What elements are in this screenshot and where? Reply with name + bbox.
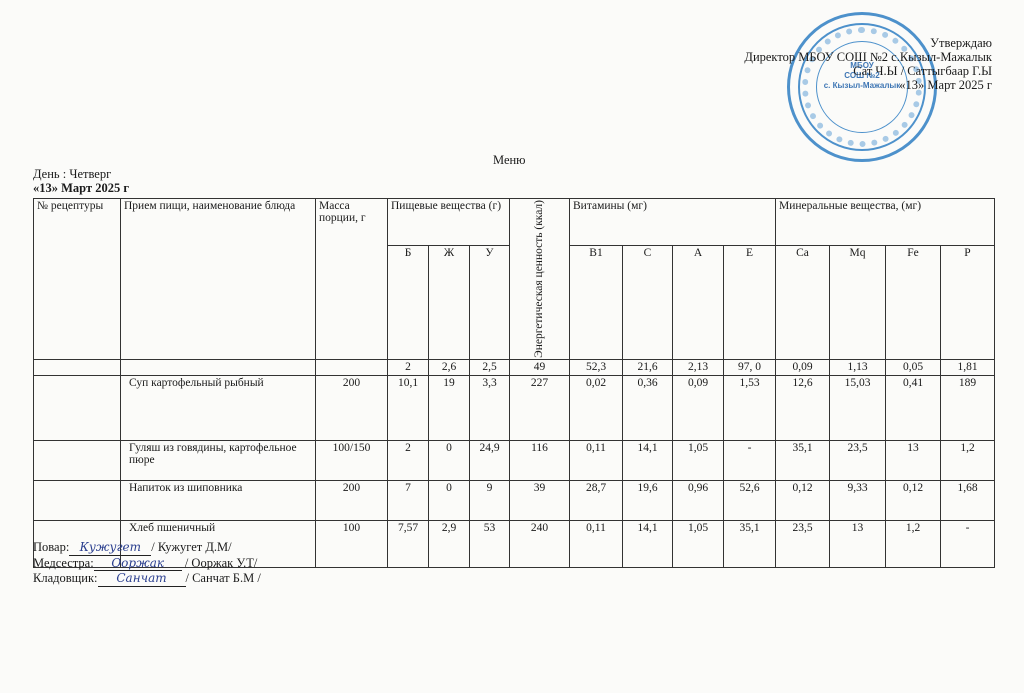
cell-b: 2 — [388, 440, 429, 480]
table-row: Гуляш из говядины, картофельное пюре100/… — [34, 440, 995, 480]
header-a: A — [673, 245, 724, 359]
approval-title: Утверждаю — [744, 36, 992, 50]
cell-mg: 15,03 — [830, 375, 886, 440]
cell-mg: 1,13 — [830, 359, 886, 375]
cell-c: 14,1 — [623, 520, 673, 567]
cell-dish: Напиток из шиповника — [121, 480, 316, 520]
cell-fe: 0,05 — [886, 359, 941, 375]
header-mg: Mq — [830, 245, 886, 359]
handwritten-signature: Ооржак — [94, 556, 182, 572]
cell-mass: 100 — [316, 520, 388, 567]
cell-b1: 0,11 — [570, 440, 623, 480]
cell-mg: 9,33 — [830, 480, 886, 520]
cell-e: 35,1 — [724, 520, 776, 567]
cell-kcal: 240 — [510, 520, 570, 567]
cell-e: - — [724, 440, 776, 480]
header-minerals: Минеральные вещества, (мг) — [776, 199, 995, 246]
cell-kcal: 116 — [510, 440, 570, 480]
date-label: «13» Март 2025 г — [33, 181, 129, 196]
cell-mass: 200 — [316, 375, 388, 440]
cell-mass: 200 — [316, 480, 388, 520]
header-e: E — [724, 245, 776, 359]
table-row: Суп картофельный рыбный20010,1193,32270,… — [34, 375, 995, 440]
cell-recipe — [34, 359, 121, 375]
cell-a: 2,13 — [673, 359, 724, 375]
cell-b1: 0,11 — [570, 520, 623, 567]
cell-p: - — [941, 520, 995, 567]
handwritten-signature: Санчат — [98, 571, 186, 587]
approval-position: Директор МБОУ СОШ №2 с.Кызыл-Мажалык — [744, 50, 992, 64]
cell-c: 19,6 — [623, 480, 673, 520]
cell-dish — [121, 359, 316, 375]
approval-date: «13» Март 2025 г — [744, 78, 992, 92]
cell-b1: 0,02 — [570, 375, 623, 440]
cell-p: 1,68 — [941, 480, 995, 520]
approval-block: Утверждаю Директор МБОУ СОШ №2 с.Кызыл-М… — [744, 36, 992, 92]
day-label: День : Четверг — [33, 167, 111, 182]
cell-kcal: 39 — [510, 480, 570, 520]
cell-zh: 2,9 — [429, 520, 470, 567]
cell-b: 7,57 — [388, 520, 429, 567]
cell-u: 3,3 — [470, 375, 510, 440]
cell-p: 1,2 — [941, 440, 995, 480]
cell-a: 1,05 — [673, 440, 724, 480]
header-protein: Б — [388, 245, 429, 359]
menu-table: № рецептуры Прием пищи, наименование блю… — [33, 198, 995, 568]
cell-b: 7 — [388, 480, 429, 520]
cell-zh: 0 — [429, 480, 470, 520]
header-ca: Ca — [776, 245, 830, 359]
approval-signer: Сат Ч.Ы / Саттыгбаар Г.Ы — [744, 64, 992, 78]
cell-mg: 13 — [830, 520, 886, 567]
cell-fe: 1,2 — [886, 520, 941, 567]
header-p: P — [941, 245, 995, 359]
cell-a: 0,09 — [673, 375, 724, 440]
cell-u: 24,9 — [470, 440, 510, 480]
cell-ca: 35,1 — [776, 440, 830, 480]
cell-c: 14,1 — [623, 440, 673, 480]
cell-ca: 0,12 — [776, 480, 830, 520]
cell-u: 53 — [470, 520, 510, 567]
cell-c: 0,36 — [623, 375, 673, 440]
header-carbs: У — [470, 245, 510, 359]
header-energy: Энергетическая ценность (ккал) — [510, 199, 570, 360]
header-fat: Ж — [429, 245, 470, 359]
cell-a: 1,05 — [673, 520, 724, 567]
signature-storekeeper: Кладовщик:Санчат/ Санчат Б.М / — [33, 571, 261, 587]
cell-zh: 2,6 — [429, 359, 470, 375]
cell-ca: 0,09 — [776, 359, 830, 375]
cell-mass — [316, 359, 388, 375]
header-b1: B1 — [570, 245, 623, 359]
header-vitamins: Витамины (мг) — [570, 199, 776, 246]
cell-dish: Суп картофельный рыбный — [121, 375, 316, 440]
cell-fe: 13 — [886, 440, 941, 480]
cell-fe: 0,12 — [886, 480, 941, 520]
cell-ca: 23,5 — [776, 520, 830, 567]
cell-dish: Гуляш из говядины, картофельное пюре — [121, 440, 316, 480]
document-title: Меню — [493, 153, 526, 168]
signature-cook: Повар:Кужугет/ Кужугет Д.М/ — [33, 540, 261, 556]
cell-p: 189 — [941, 375, 995, 440]
cell-b: 2 — [388, 359, 429, 375]
signatures-block: Повар:Кужугет/ Кужугет Д.М/ Медсестра:Оо… — [33, 540, 261, 587]
table-row: Напиток из шиповника2007093928,719,60,96… — [34, 480, 995, 520]
cell-c: 21,6 — [623, 359, 673, 375]
cell-recipe — [34, 375, 121, 440]
cell-mg: 23,5 — [830, 440, 886, 480]
cell-u: 9 — [470, 480, 510, 520]
signature-nurse: Медсестра:Ооржак / Ооржак У.Т/ — [33, 556, 261, 572]
header-mass: Масса порции, г — [316, 199, 388, 360]
header-nutrients: Пищевые вещества (г) — [388, 199, 510, 246]
cell-e: 97, 0 — [724, 359, 776, 375]
header-dish: Прием пищи, наименование блюда — [121, 199, 316, 360]
cell-b1: 52,3 — [570, 359, 623, 375]
cell-u: 2,5 — [470, 359, 510, 375]
cell-b: 10,1 — [388, 375, 429, 440]
header-recipe-no: № рецептуры — [34, 199, 121, 360]
cell-kcal: 227 — [510, 375, 570, 440]
handwritten-signature: Кужугет — [69, 540, 151, 556]
header-fe: Fe — [886, 245, 941, 359]
cell-e: 1,53 — [724, 375, 776, 440]
cell-p: 1,81 — [941, 359, 995, 375]
cell-a: 0,96 — [673, 480, 724, 520]
cell-zh: 0 — [429, 440, 470, 480]
cell-kcal: 49 — [510, 359, 570, 375]
cell-zh: 19 — [429, 375, 470, 440]
cell-e: 52,6 — [724, 480, 776, 520]
cell-mass: 100/150 — [316, 440, 388, 480]
cell-fe: 0,41 — [886, 375, 941, 440]
cell-recipe — [34, 440, 121, 480]
cell-ca: 12,6 — [776, 375, 830, 440]
header-c: C — [623, 245, 673, 359]
cell-b1: 28,7 — [570, 480, 623, 520]
table-row: 22,62,54952,321,62,1397, 00,091,130,051,… — [34, 359, 995, 375]
cell-recipe — [34, 480, 121, 520]
